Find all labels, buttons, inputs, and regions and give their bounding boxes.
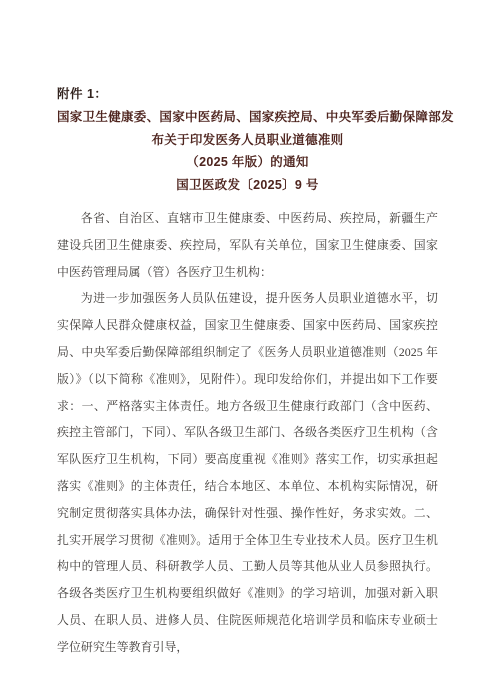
attachment-label: 附件 1： xyxy=(57,84,438,104)
notice-title-line: 国家卫生健康委、国家中医药局、国家疾控局、中央军委后勤保障部发 xyxy=(57,106,438,129)
document-body: 各省、自治区、直辖市卫生健康委、中医药局、疾控局，新疆生产建设兵团卫生健康委、疾… xyxy=(57,205,438,661)
document-page: 附件 1： 国家卫生健康委、国家中医药局、国家疾控局、中央军委后勤保障部发布关于… xyxy=(0,0,495,700)
notice-title: 国家卫生健康委、国家中医药局、国家疾控局、中央军委后勤保障部发布关于印发医务人员… xyxy=(57,106,438,174)
notice-title-line: （2025 年版）的通知 xyxy=(57,151,438,174)
body-paragraph: 各省、自治区、直辖市卫生健康委、中医药局、疾控局，新疆生产建设兵团卫生健康委、疾… xyxy=(57,205,438,285)
doc-number: 国卫医政发〔2025〕9 号 xyxy=(57,174,438,197)
notice-title-line: 布关于印发医务人员职业道德准则 xyxy=(57,129,438,152)
body-paragraph: 为进一步加强医务人员队伍建设，提升医务人员职业道德水平，切实保障人民群众健康权益… xyxy=(57,285,438,660)
